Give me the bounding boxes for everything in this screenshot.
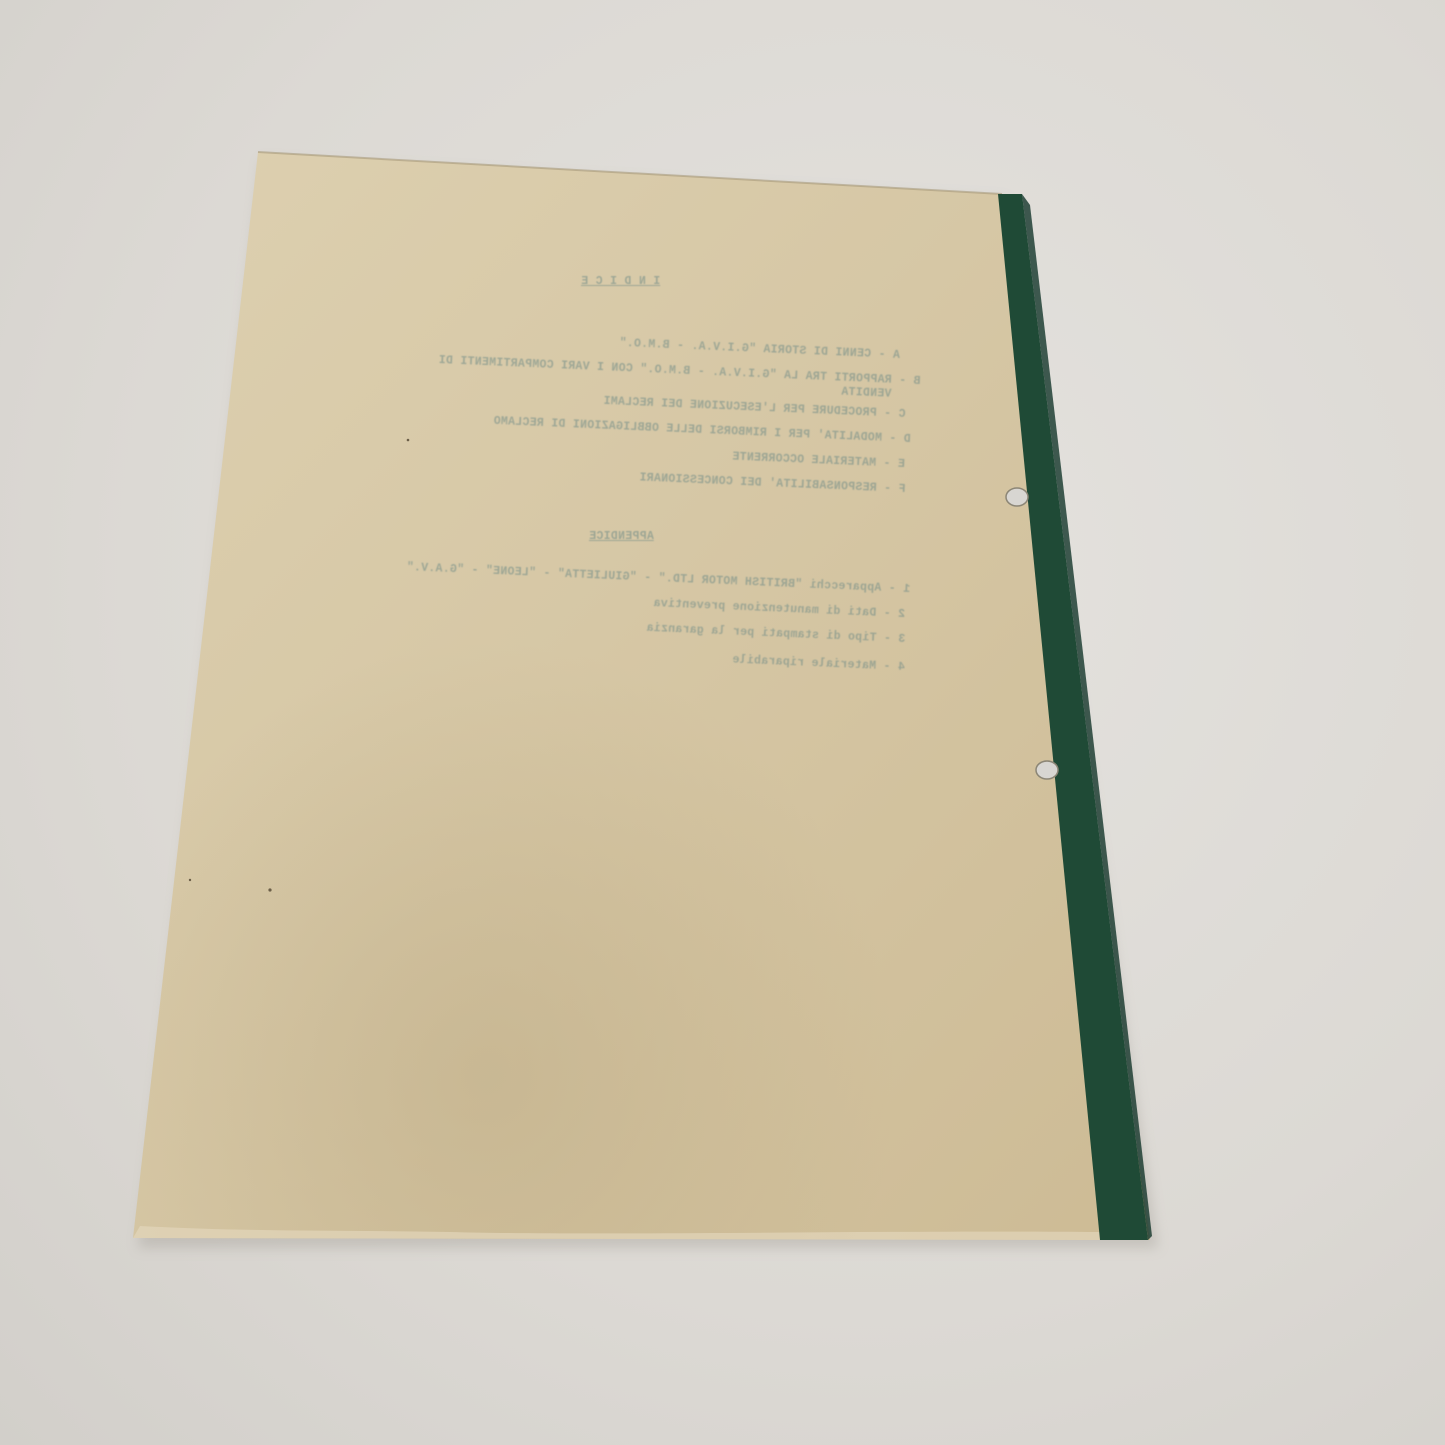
paper-sheet [0,0,1445,1445]
punch-hole [1006,488,1028,506]
photo-scene: I N D I C E A - CENNI DI STORIA "G.I.V.A… [0,0,1445,1445]
index-title: I N D I C E [550,262,660,301]
punch-hole [1036,761,1058,779]
appendix-title: APPENDICE [560,517,654,556]
